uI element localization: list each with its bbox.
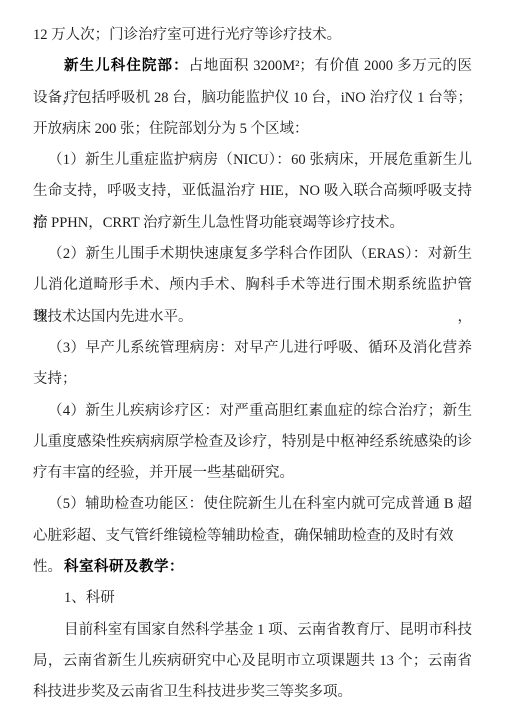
text-line: 开放病床 200 张；住院部划分为 5 个区域：	[33, 114, 472, 145]
text-line: 儿重度感染性疾病病原学检查及诊疗，特别是中枢神经系统感染的诊	[33, 427, 472, 458]
text-line: 儿消化道畸形手术、颅内手术、胸科手术等进行围术期系统监护管理，	[33, 270, 472, 301]
text-line: （3）早产儿系统管理病房：对早产儿进行呼吸、循环及消化营养	[33, 333, 472, 364]
text-line: 12 万人次；门诊治疗室可进行光疗等诊疗技术。	[33, 20, 472, 51]
text-line: 科技进步奖及云南省卫生科技进步奖三等奖多项。	[33, 677, 472, 708]
section-heading-research-teaching: 科室科研及教学：	[64, 559, 184, 575]
text-line: 局，云南省新生儿疾病研究中心及昆明市立项课题共 13 个；云南省	[33, 646, 472, 677]
text-line: （4）新生儿疾病诊疗区：对严重高胆红素血症的综合治疗；新生	[33, 396, 472, 427]
text-line: 疗 PPHN，CRRT 治疗新生儿急性肾功能衰竭等诊疗技术。	[33, 208, 472, 239]
text-line: 疗有丰富的经验，并开展一些基础研究。	[33, 458, 472, 489]
text-line: 设备，包括呼吸机 28 台，脑功能监护仪 10 台，iNO 治疗仪 1 台等；	[33, 83, 472, 114]
text-line: 支持；	[33, 364, 472, 395]
text-line: （1）新生儿重症监护病房（NICU）：60 张病床，开展危重新生儿	[33, 145, 472, 176]
text-line: （2）新生儿围手术期快速康复多学科合作团队（ERAS）：对新生	[33, 239, 472, 270]
text-line: 心脏彩超、支气管纤维镜检等辅助检查，确保辅助检查的及时有效性。	[33, 521, 472, 552]
text-line: 科室科研及教学：	[33, 552, 472, 583]
text-line: （5）辅助检查功能区：使住院新生儿在科室内就可完成普通 B 超	[33, 489, 472, 520]
document-page: 12 万人次；门诊治疗室可进行光疗等诊疗技术。 新生儿科住院部：占地面积 320…	[0, 0, 505, 722]
text-line: 1、科研	[33, 583, 472, 614]
text-line: 生命支持，呼吸支持，亚低温治疗 HIE，NO 吸入联合高频呼吸支持治	[33, 176, 472, 207]
text-line: 新生儿科住院部：占地面积 3200M²；有价值 2000 多万元的医疗	[33, 51, 472, 82]
section-heading-inpatient-dept: 新生儿科住院部：	[64, 58, 189, 74]
text-line: 目前科室有国家自然科学基金 1 项、云南省教育厅、昆明市科技	[33, 615, 472, 646]
